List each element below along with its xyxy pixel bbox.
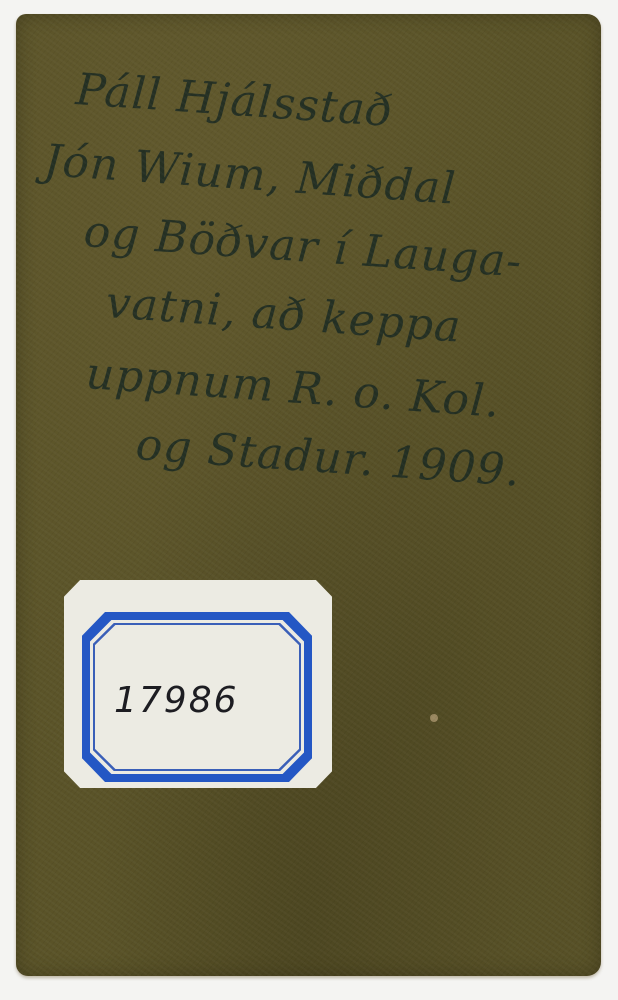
stain-mark — [430, 714, 438, 722]
handwritten-inscription: Páll Hjálsstað Jón Wium, Miðdal og Böðva… — [56, 54, 596, 480]
catalog-number: 17986 — [114, 680, 284, 721]
photo-card-back: Páll Hjálsstað Jón Wium, Miðdal og Böðva… — [16, 14, 601, 976]
catalog-label: 17986 — [64, 580, 332, 788]
